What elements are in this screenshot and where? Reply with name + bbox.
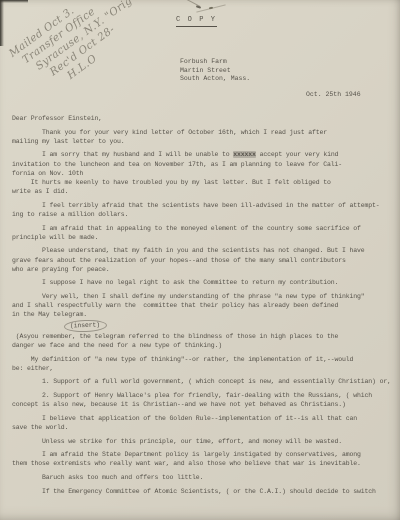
paragraph-2: I am sorry that my husband and I will be…: [12, 150, 398, 196]
struck-out-word: xxxxxx: [233, 151, 256, 158]
paragraph-12: I believe that application of the Golden…: [12, 414, 398, 432]
paragraph-10: 1. Support of a full world government, (…: [12, 377, 398, 386]
paragraph-3: I feel terribly afraid that the scientis…: [12, 201, 398, 219]
paragraph-7: Very well, then I shall define my unders…: [12, 292, 398, 320]
paragraph-8: (Asyou remember, the telegram referred t…: [12, 332, 398, 350]
insert-note-line: (insert): [12, 320, 398, 332]
scan-edge-left: [0, 0, 4, 46]
paragraph-2-text: I am sorry that my husband and I will be…: [12, 151, 233, 158]
letter-page: Mailed Oct 3. Transfer Office Syracuse, …: [0, 0, 400, 520]
letter-date: Oct. 25th 1946: [306, 91, 361, 98]
paragraph-4: I am afraid that in appealing to the mon…: [12, 224, 398, 242]
paragraph-16: If the Emergency Committee of Atomic Sci…: [12, 487, 398, 496]
address-line: Forbush Farm: [180, 58, 250, 67]
address-line: Martin Street: [180, 67, 250, 76]
paragraph-13: Unless we strike for this principle, our…: [12, 437, 398, 446]
address-line: South Acton, Mass.: [180, 75, 250, 84]
copy-label: C O P Y: [176, 16, 217, 27]
scan-speck: [196, 5, 201, 8]
scan-speck: [209, 7, 213, 10]
letter-body: Dear Professor Einstein, Thank you for y…: [12, 114, 398, 500]
paragraph-1: Thank you for your very kind letter of O…: [12, 128, 398, 146]
sender-address: Forbush Farm Martin Street South Acton, …: [180, 58, 250, 84]
paragraph-5: Please understand, that my faith in you …: [12, 246, 398, 274]
paragraph-14: I am afraid the State Department policy …: [12, 450, 398, 468]
paragraph-9: My definition of "a new type of thinking…: [12, 355, 398, 373]
insert-note: (insert): [64, 319, 107, 333]
scan-edge-top: [0, 0, 28, 3]
paragraph-15: Baruch asks too much and offers too litt…: [12, 473, 398, 482]
paragraph-6: I suppose I have no legal right to ask t…: [12, 278, 398, 287]
salutation: Dear Professor Einstein,: [12, 114, 398, 123]
handwritten-annotation: Mailed Oct 3. Transfer Office Syracuse, …: [7, 0, 155, 103]
paragraph-11: 2. Support of Henry Wallace's plea for f…: [12, 391, 398, 409]
